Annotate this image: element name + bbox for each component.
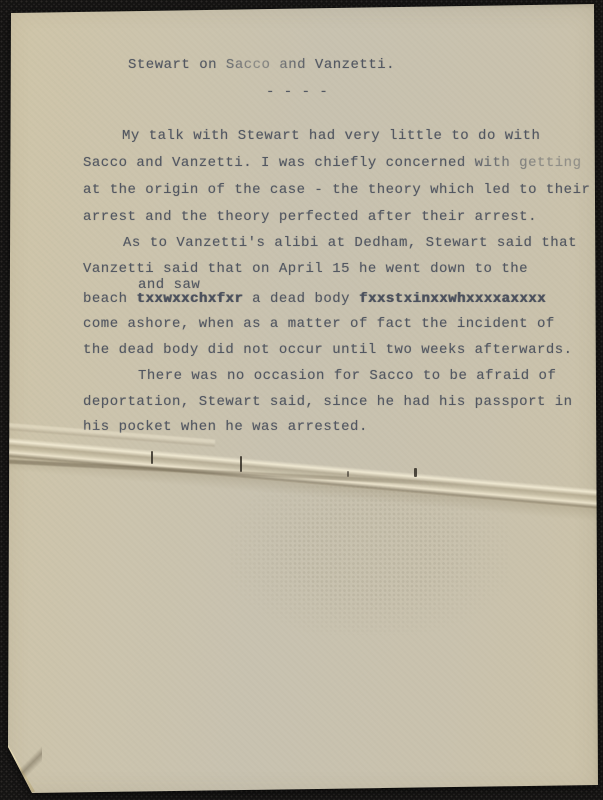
paper-tear-mark <box>151 451 153 464</box>
typed-line: arrest and the theory perfected after th… <box>83 209 537 226</box>
typed-line: There was no occasion for Sacco to be af… <box>138 368 556 385</box>
document-paper: Stewart on Sacco and Vanzetti. - - - - M… <box>0 0 603 800</box>
paper-tear-mark <box>347 471 349 477</box>
typed-line-with-strikeout: beach txxwxxchxfxr a dead body fxxstxinx… <box>83 291 546 308</box>
typed-line: deportation, Stewart said, since he had … <box>83 394 573 411</box>
paper-tear-mark <box>240 456 242 472</box>
typed-text: a dead body <box>243 291 359 307</box>
document-paper-wrapper: Stewart on Sacco and Vanzetti. - - - - M… <box>0 0 603 800</box>
overstruck-text: txxwxxchxfxr <box>136 291 243 307</box>
typed-line: Sacco and Vanzetti. I was chiefly concer… <box>83 155 581 172</box>
typed-line: at the origin of the case - the theory w… <box>83 182 590 199</box>
typed-line: the dead body did not occur until two we… <box>83 342 573 359</box>
overstruck-text: fxxstxinxxwhxxxxaxxxx <box>359 291 546 307</box>
folded-corner <box>8 744 35 794</box>
folded-corner-shadow <box>8 742 42 798</box>
typed-line: As to Vanzetti's alibi at Dedham, Stewar… <box>123 235 577 252</box>
typed-line: Vanzetti said that on April 15 he went d… <box>83 261 528 278</box>
photo-backdrop: { "document": { "title": "Stewart on Sac… <box>0 0 603 800</box>
separator-dashes: - - - - <box>266 84 328 101</box>
typed-line: My talk with Stewart had very little to … <box>122 128 540 145</box>
typed-line: come ashore, when as a matter of fact th… <box>83 316 555 333</box>
paper-tear-mark <box>414 468 417 477</box>
document-title: Stewart on Sacco and Vanzetti. <box>128 57 395 74</box>
typed-text: beach <box>83 291 136 307</box>
